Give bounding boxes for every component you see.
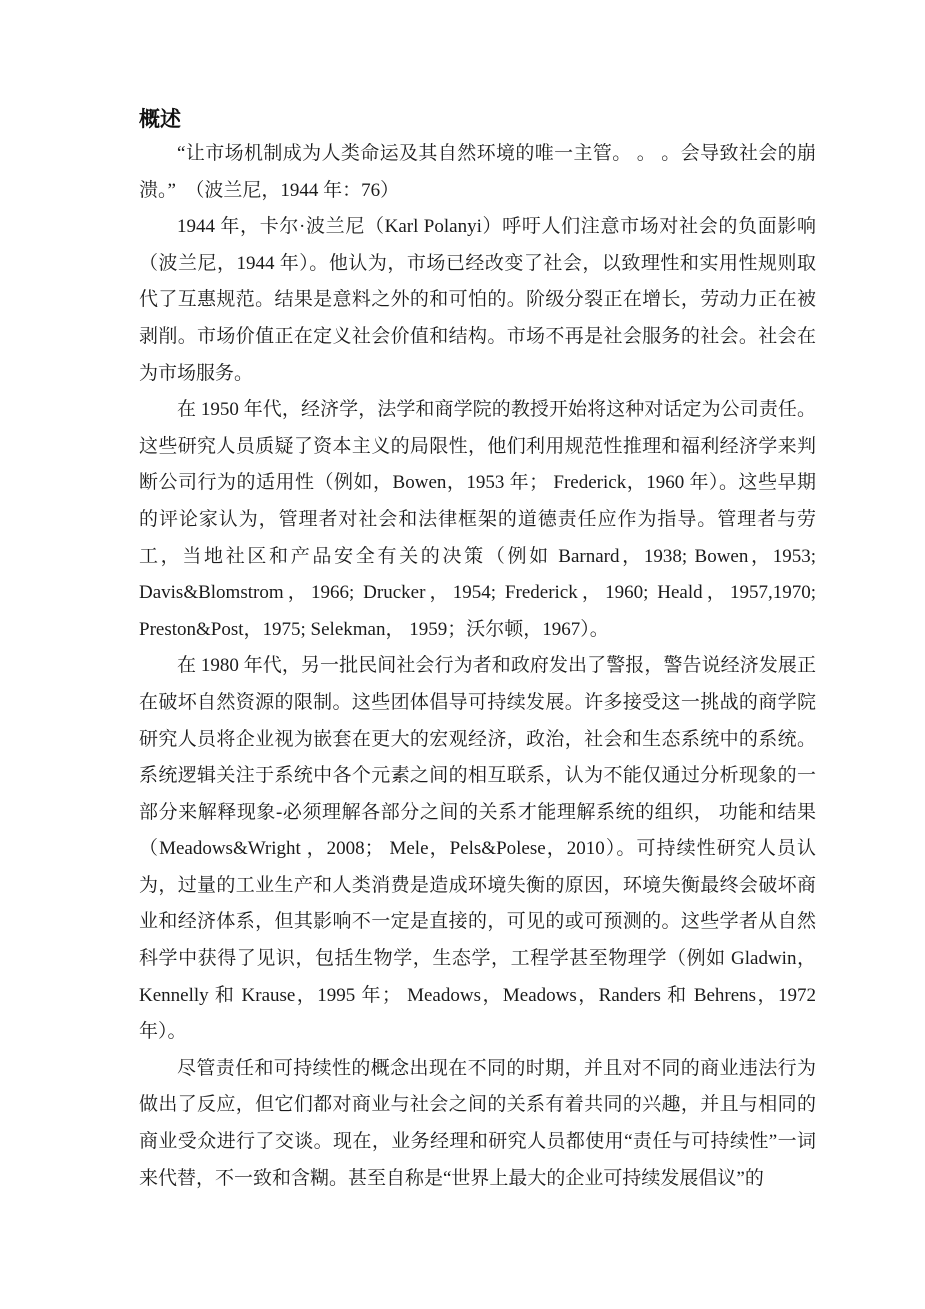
paragraph-1980s-sustainability: 在 1980 年代，另一批民间社会行为者和政府发出了警报，警告说经济发展正在破坏… <box>139 648 816 1051</box>
paragraph-polanyi-1944: 1944 年，卡尔·波兰尼（Karl Polanyi）呼吁人们注意市场对社会的负… <box>139 209 816 392</box>
document-content: 概述 “让市场机制成为人类命运及其自然环境的唯一主管。 。 。会导致社会的崩溃。… <box>139 103 816 1197</box>
paragraph-polanyi-quote: “让市场机制成为人类命运及其自然环境的唯一主管。 。 。会导致社会的崩溃。” （… <box>139 136 816 209</box>
section-heading: 概述 <box>139 103 816 136</box>
paragraph-responsibility-and-sustainability: 尽管责任和可持续性的概念出现在不同的时期，并且对不同的商业违法行为做出了反应，但… <box>139 1051 816 1197</box>
document-page: 概述 “让市场机制成为人类命运及其自然环境的唯一主管。 。 。会导致社会的崩溃。… <box>0 0 925 1309</box>
paragraph-1950s-corporate-responsibility: 在 1950 年代，经济学，法学和商学院的教授开始将这种对话定为公司责任。这些研… <box>139 392 816 648</box>
